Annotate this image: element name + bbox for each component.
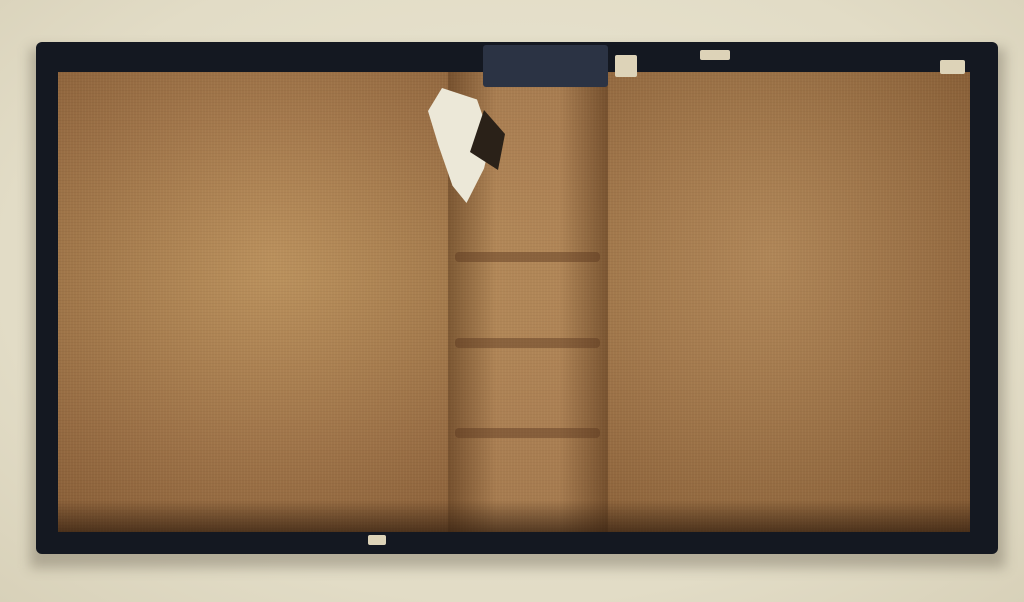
right-board	[608, 72, 970, 532]
edge-chip	[940, 60, 965, 74]
spine-band	[455, 252, 600, 262]
edge-chip	[700, 50, 730, 60]
spine-cap	[483, 45, 608, 87]
left-board	[58, 72, 448, 532]
edge-chip	[615, 55, 637, 77]
spine-band	[455, 338, 600, 348]
spine-band	[455, 428, 600, 438]
edge-chip	[368, 535, 386, 545]
bottom-wear	[58, 500, 970, 532]
